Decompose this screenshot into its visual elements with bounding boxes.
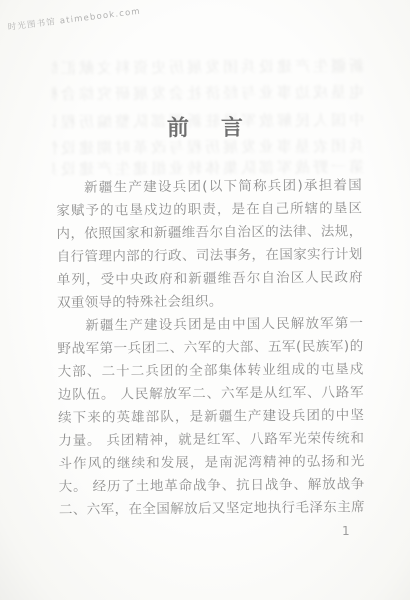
bleed-through-row: 屯垦戍边事业与经济社会发展研究综合概述内容 [52, 81, 364, 101]
text-line: 边队伍。 人民解放军二、六军是从红军、八路军延 [58, 381, 364, 407]
text-line: 自行管理内部的行政、司法事务，在国家实行计划 [57, 243, 363, 269]
text-line: 野战军第一兵团二、六军的大部、五军(民族军)的 [57, 335, 363, 361]
text-line: 二、六军，在全国解放后又坚定地执行毛泽东主席 [59, 496, 365, 522]
text-line: 新疆生产建设兵团是由中国人民解放军第一 [57, 312, 363, 338]
text-line: 单列，受中央政府和新疆维吾尔自治区人民政府 [57, 266, 363, 292]
bleed-through-row: 第一野战军部队集体转业组建生产建设兵团经过 [52, 156, 364, 176]
page-number: 1 [342, 524, 350, 538]
body-text: 新疆生产建设兵团(以下简称兵团)承担着国 家赋予的屯垦戍边的职责，是在自己所辖的… [56, 174, 365, 522]
book-page: 时光图书馆 atimebook.com 新疆生产建设兵团发展历史资料文献汇编第一… [0, 0, 410, 600]
text-line: 续下来的英雄部队，是新疆生产建设兵团的中坚 [58, 404, 364, 430]
text-line: 双重领导的特殊社会组织。 [57, 289, 363, 315]
text-line: 大。 经历了土地革命战争、抗日战争、解放战争的 [59, 473, 365, 499]
text-line: 新疆生产建设兵团(以下简称兵团)承担着国 [56, 174, 362, 200]
text-line: 力量。 兵团精神，就是红军、八路军光荣传统和战 [58, 427, 364, 453]
watermark: 时光图书馆 atimebook.com [7, 5, 141, 33]
text-line: 内，依照国家和新疆维吾尔自治区的法律、法规， [56, 220, 362, 246]
text-line: 大部、二十二兵团的全部集体转业组成的屯垦戍 [58, 358, 364, 384]
text-line: 斗作风的继续和发展，是南泥湾精神的弘扬和光 [58, 450, 364, 476]
bleed-through-row: 新疆生产建设兵团发展历史资料文献汇编第一卷 [52, 55, 364, 75]
text-line: 家赋予的屯垦戍边的职责，是在自己所辖的垦区 [56, 197, 362, 223]
page-title: 前 言 [0, 110, 410, 144]
